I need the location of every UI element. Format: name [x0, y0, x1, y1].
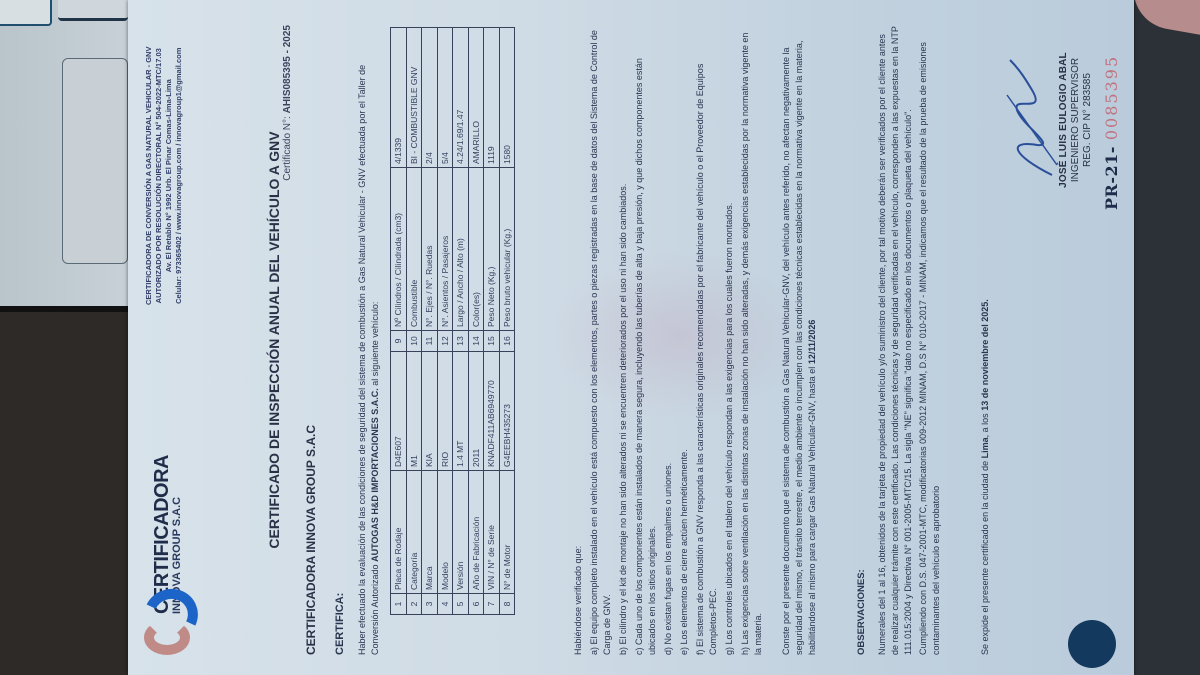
table-cell-label: Nº Cilindros / Cilindrada (cm3) — [391, 168, 407, 331]
signature-block: JOSÉ LUIS EULOGIO ABAL INGENIERO SUPERVI… — [1002, 15, 1094, 225]
laptop-touchpad — [62, 58, 128, 264]
table-cell-label: N°. Ejes / N°. Ruedas — [422, 168, 438, 331]
table-row: 2CategoríaM110CombustibleBI - COMBUSTIBL… — [406, 28, 422, 615]
verification-item: c) Cada uno de los componentes están ins… — [633, 25, 659, 655]
table-cell-label: N°. Asientos / Pasajeros — [437, 168, 453, 331]
intro-paragraph: Haber efectuado la evaluación de las con… — [356, 35, 382, 655]
info-line: AUTORIZADO POR RESOLUCIÓN DIRECTORAL N° … — [154, 47, 164, 305]
signer-role: INGENIERO SUPERVISOR — [1070, 15, 1082, 225]
table-cell-n: 12 — [437, 331, 453, 352]
table-cell-n: 1 — [391, 594, 407, 615]
table-cell-value: 4.24/1.69/1.47 — [453, 28, 469, 168]
logo-icon — [144, 620, 190, 655]
table-cell-value: D4E607 — [391, 352, 407, 471]
company-name: CERTIFICADORA INNOVA GROUP S.A.C — [304, 425, 318, 655]
verification-item: a) El equipo completo instalado en el ve… — [588, 25, 614, 655]
table-cell-label: Largo / Ancho / Alto (m) — [453, 168, 469, 331]
certificate-paper: CERTIFICADORA INNOVA GROUP S.A.C CERTIFI… — [128, 0, 1134, 675]
certificate-page: CERTIFICADORA INNOVA GROUP S.A.C CERTIFI… — [128, 0, 1134, 675]
issue-statement: Se expide el presente certificado en la … — [980, 25, 990, 655]
table-row: 8N° de MotorG4EEBH43527316Peso bruto veh… — [499, 28, 515, 615]
observations-text: Numerales del 1 al 16, obtenidos de la t… — [876, 25, 943, 655]
table-cell-value: 5/4 — [437, 28, 453, 168]
table-cell-n: 11 — [422, 331, 438, 352]
issue-date: 13 de noviembre del 2025. — [980, 299, 990, 411]
table-cell-label: Combustible — [406, 168, 422, 331]
serial-prefix: PR-21- — [1102, 146, 1121, 210]
table-row: 4ModeloRIO12N°. Asientos / Pasajeros5/4 — [437, 28, 453, 615]
table-row: 1Placa de RodajeD4E6079Nº Cilindros / Ci… — [391, 28, 407, 615]
info-line: Celular: 973365402 / www.innovagroup.com… — [174, 47, 184, 305]
verification-item: d) No existan fugas en los empalmes o un… — [662, 25, 675, 655]
info-line: CERTIFICADORA DE CONVERSIÓN A GAS NATURA… — [144, 47, 154, 305]
table-cell-n: 8 — [499, 594, 515, 615]
table-cell-n: 2 — [406, 594, 422, 615]
signature-icon — [1002, 15, 1058, 225]
cert-label: Certificado N°: — [282, 116, 293, 181]
table-row: 6Año de Fabricación201114Color(es)AMARIL… — [468, 28, 484, 615]
vehicle-data-table: 1Placa de RodajeD4E6079Nº Cilindros / Ci… — [390, 27, 515, 615]
table-cell-n: 4 — [437, 594, 453, 615]
table-cell-n: 16 — [499, 331, 515, 352]
table-cell-label: Peso bruto vehicular (Kg.) — [499, 168, 515, 331]
observation-paragraph: Numerales del 1 al 16, obtenidos de la t… — [876, 25, 915, 655]
verification-item: h) Las exigencias sobre ventilación en l… — [739, 25, 765, 655]
certifica-heading: CERTIFICA: — [334, 593, 346, 655]
intro-tail: al siguiente vehículo: — [370, 302, 380, 386]
table-cell-label: VIN / N° de Serie — [484, 471, 500, 594]
table-cell-n: 10 — [406, 331, 422, 352]
table-cell-value: AMARILLO — [468, 28, 484, 168]
issue-city: Lima — [980, 437, 990, 458]
valid-until-date: 12/11/2026 — [807, 320, 817, 365]
table-cell-n: 9 — [391, 331, 407, 352]
table-cell-n: 7 — [484, 594, 500, 615]
laptop-key — [58, 0, 128, 21]
table-cell-value: 1119 — [484, 28, 500, 168]
table-cell-value: KNADF411AB6949770 — [484, 352, 500, 471]
certificate-number: Certificado N°: AHIS085395 - 2025 — [282, 25, 293, 181]
table-cell-label: Placa de Rodaje — [391, 471, 407, 594]
table-cell-value: BI - COMBUSTIBLE GNV — [406, 28, 422, 168]
table-cell-label: Peso Neto (Kg.) — [484, 168, 500, 331]
table-cell-value: 1.4 MT — [453, 352, 469, 471]
observations-heading: OBSERVACIONES: — [856, 569, 867, 655]
table-cell-n: 6 — [468, 594, 484, 615]
issue-middle: , a los — [980, 413, 990, 437]
cert-number: AHIS085395 - 2025 — [282, 25, 293, 113]
table-surface — [0, 312, 140, 675]
table-cell-label: Año de Fabricación — [468, 471, 484, 594]
table-cell-value: G4EEBH435273 — [499, 352, 515, 471]
table-cell-value: 4/1339 — [391, 28, 407, 168]
signer-registration: REG. CIP N° 283585 — [1082, 15, 1094, 225]
table-cell-label: N° de Motor — [499, 471, 515, 594]
company-logo: CERTIFICADORA INNOVA GROUP S.A.C — [144, 455, 190, 655]
verification-item: g) Los controles ubicados en el tablero … — [723, 25, 736, 655]
table-cell-label: Modelo — [437, 471, 453, 594]
verification-item: e) Los elementos de cierre actúen hermét… — [678, 25, 691, 655]
info-line: Av. El Retablo N° 1992 Urb. El Pinar Com… — [164, 47, 174, 305]
table-cell-n: 14 — [468, 331, 484, 352]
conste-paragraph: Conste por el presente documento que el … — [780, 25, 819, 655]
table-cell-label: Marca — [422, 471, 438, 594]
serial-number: PR-21-0085395 — [1102, 55, 1121, 210]
verification-item: b) El cilindro y el kit de montaje no ha… — [617, 25, 630, 655]
table-row: 7VIN / N° de SerieKNADF411AB694977015Pes… — [484, 28, 500, 615]
issue-prefix: Se expide el presente certificado en la … — [980, 461, 990, 655]
verification-list: Habiéndose verificado que: a) El equipo … — [572, 25, 768, 655]
table-cell-value: KIA — [422, 352, 438, 471]
table-cell-label: Categoría — [406, 471, 422, 594]
table-cell-value: M1 — [406, 352, 422, 471]
letterhead-info: CERTIFICADORA DE CONVERSIÓN A GAS NATURA… — [144, 47, 184, 305]
table-cell-value: 2011 — [468, 352, 484, 471]
table-cell-n: 13 — [453, 331, 469, 352]
table-cell-label: Versión — [453, 471, 469, 594]
table-cell-n: 5 — [453, 594, 469, 615]
table-surface-right — [1130, 0, 1200, 675]
table-row: 3MarcaKIA11N°. Ejes / N°. Ruedas2/4 — [422, 28, 438, 615]
verification-heading: Habiéndose verificado que: — [572, 25, 585, 655]
workshop-name: AUTOGAS H&D IMPORTACIONES S.A.C. — [370, 388, 380, 562]
table-cell-n: 15 — [484, 331, 500, 352]
verification-item: f) El sistema de combustión a GNV respon… — [694, 25, 720, 655]
table-cell-label: Color(es) — [468, 168, 484, 331]
letterhead: CERTIFICADORA INNOVA GROUP S.A.C CERTIFI… — [144, 25, 236, 655]
laptop-key — [0, 0, 52, 26]
laptop-surface — [0, 0, 140, 312]
table-cell-value: RIO — [437, 352, 453, 471]
table-row: 5Versión1.4 MT13Largo / Ancho / Alto (m)… — [453, 28, 469, 615]
table-cell-value: 1580 — [499, 28, 515, 168]
serial-value: 0085395 — [1102, 55, 1121, 140]
observation-paragraph: Cumpliendo con D.S. 047-2001-MTC, modifi… — [917, 25, 943, 655]
table-cell-value: 2/4 — [422, 28, 438, 168]
document-title: CERTIFICADO DE INSPECCIÓN ANUAL DEL VEHÍ… — [266, 25, 282, 655]
table-cell-n: 3 — [422, 594, 438, 615]
